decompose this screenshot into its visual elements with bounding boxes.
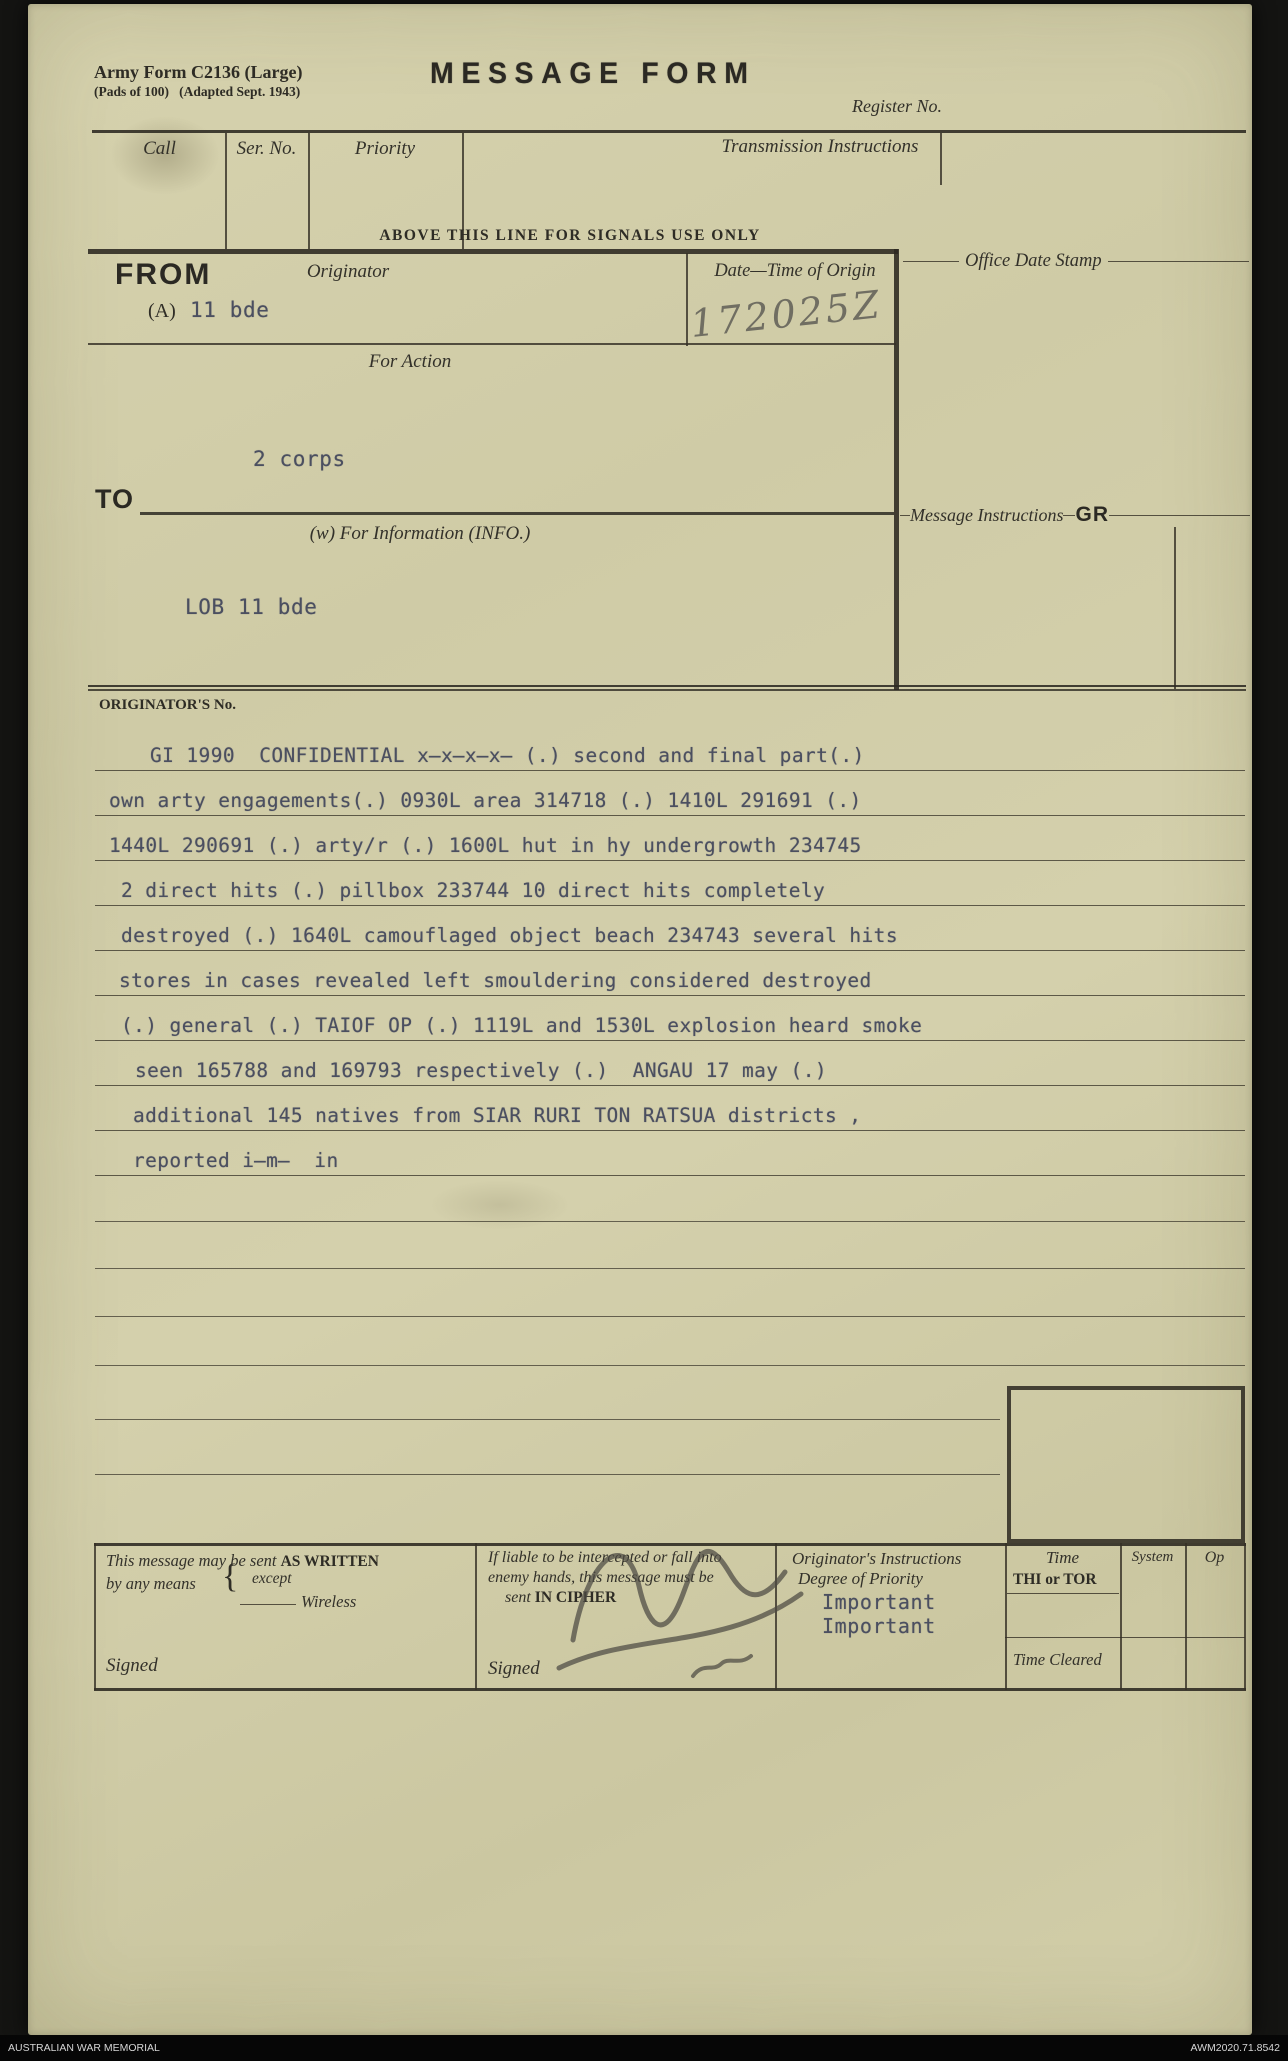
- from-label: FROM: [115, 258, 211, 292]
- from-row-bottom-rule: [88, 343, 896, 345]
- message-instructions-label: Message Instructions: [910, 505, 1063, 526]
- to-label: TO: [95, 484, 134, 515]
- sent-rule-by-any-means: by any means: [106, 1574, 196, 1594]
- for-action-label: For Action: [330, 351, 490, 373]
- signed-label-middle: Signed: [488, 1658, 540, 1680]
- signed-label-left: Signed: [106, 1655, 158, 1677]
- message-line: GI 1990 CONFIDENTIAL x̶x̶x̶x̶ (.) second…: [95, 726, 1245, 771]
- footer-left-border: [94, 1543, 96, 1690]
- col-header-call: Call: [94, 138, 225, 160]
- page-title: MESSAGE FORM: [430, 57, 756, 91]
- archive-bar-left-label: AUSTRALIAN WAR MEMORIAL: [8, 2042, 160, 2054]
- gr-column-divider: [1174, 527, 1176, 689]
- sent-rule-bold: AS WRITTEN: [281, 1553, 379, 1570]
- time-cleared-divider: [1005, 1637, 1245, 1638]
- originator-label: Originator: [268, 261, 428, 283]
- from-sub-label: (A): [148, 300, 176, 323]
- sent-rule-except: except: [252, 1570, 292, 1588]
- gr-label: GR: [1075, 503, 1109, 527]
- message-line: 1440L 290691 (.) arty/r (.) 1600L hut in…: [95, 816, 1245, 861]
- time-cleared-label: Time Cleared: [1013, 1650, 1102, 1670]
- cipher-line3-pre: sent: [505, 1589, 535, 1606]
- archive-bar-right-label: AWM2020.71.8542: [1190, 2042, 1280, 2054]
- footer-divider: [475, 1543, 477, 1690]
- thi-or-tor-label: THI or TOR: [1013, 1571, 1097, 1589]
- priority-value-line1: Important: [822, 1590, 936, 1614]
- ruled-blank-line: [95, 1317, 1245, 1366]
- register-no-label: Register No.: [852, 96, 942, 117]
- office-date-stamp-row: Office Date Stamp: [903, 250, 1249, 272]
- op-col-header: Op: [1185, 1549, 1244, 1567]
- thi-underline: [1007, 1593, 1119, 1594]
- for-info-value: LOB 11 bde: [185, 595, 317, 619]
- sent-rule-pre: This message may be sent: [106, 1551, 281, 1570]
- to-underline: [140, 512, 894, 515]
- double-rule: [88, 685, 1246, 691]
- for-action-value: 2 corps: [253, 447, 346, 471]
- col-header-ser-no: Ser. No.: [225, 138, 308, 160]
- system-col-header: System: [1120, 1549, 1185, 1566]
- form-id: Army Form C2136 (Large): [94, 62, 302, 83]
- sent-rule-wireless: Wireless: [301, 1592, 356, 1612]
- except-blank-line: [240, 1604, 296, 1605]
- col-header-transmission: Transmission Instructions: [590, 136, 1050, 158]
- message-instructions-row: Message Instructions GR: [900, 503, 1250, 527]
- for-info-label: (w) For Information (INFO.): [255, 523, 585, 545]
- archive-bar: AUSTRALIAN WAR MEMORIAL AWM2020.71.8542: [0, 2035, 1288, 2061]
- time-col-header: Time: [1005, 1548, 1120, 1568]
- message-line: reported i̶m̶ in: [95, 1131, 1245, 1176]
- form-details: (Pads of 100) (Adapted Sept. 1943): [94, 84, 300, 100]
- message-line: (.) general (.) TAIOF OP (.) 1119L and 1…: [95, 996, 1245, 1041]
- above-line-note: ABOVE THIS LINE FOR SIGNALS USE ONLY: [290, 227, 850, 245]
- message-body: GI 1990 CONFIDENTIAL x̶x̶x̶x̶ (.) second…: [95, 726, 1245, 1475]
- ruled-blank-line: [95, 1366, 1000, 1420]
- col-header-priority: Priority: [308, 138, 462, 160]
- ruled-blank-line: [95, 1176, 1245, 1222]
- office-date-stamp-label: Office Date Stamp: [965, 251, 1102, 272]
- scanned-document-page: Army Form C2136 (Large) (Pads of 100) (A…: [0, 0, 1288, 2061]
- dash-line: [900, 515, 910, 516]
- ruled-blank-line: [95, 1222, 1245, 1269]
- ruled-blank-line: [95, 1269, 1245, 1317]
- dash-line: [1108, 261, 1249, 262]
- footer-right-border: [1244, 1543, 1246, 1690]
- message-line: stores in cases revealed left smoulderin…: [95, 951, 1245, 996]
- originator-value: 11 bde: [190, 298, 269, 322]
- heavy-rule-top: [88, 249, 898, 254]
- message-line: additional 145 natives from SIAR RURI TO…: [95, 1086, 1245, 1131]
- signature-handwriting: [545, 1498, 825, 1698]
- heavy-vertical-divider: [894, 249, 899, 690]
- priority-value-line2: Important: [822, 1614, 936, 1638]
- message-line: 2 direct hits (.) pillbox 233744 10 dire…: [95, 861, 1245, 906]
- ruled-blank-line: [95, 1420, 1000, 1475]
- dash-line: [1109, 515, 1250, 516]
- sent-rule-line1: This message may be sent AS WRITTEN: [106, 1551, 379, 1571]
- message-line: destroyed (.) 1640L camouflaged object b…: [95, 906, 1245, 951]
- originators-no-label: ORIGINATOR'S No.: [99, 697, 236, 714]
- date-time-cell-divider: [686, 253, 688, 346]
- signals-table-top-rule-line: [92, 130, 1246, 133]
- date-time-label: Date—Time of Origin: [698, 261, 892, 282]
- dash-line: [1063, 515, 1075, 516]
- message-line: own arty engagements(.) 0930L area 31471…: [95, 771, 1245, 816]
- brace-glyph: {: [222, 1558, 238, 1596]
- message-line: seen 165788 and 169793 respectively (.) …: [95, 1041, 1245, 1086]
- office-use-box: [1007, 1386, 1245, 1543]
- dash-line: [903, 261, 959, 262]
